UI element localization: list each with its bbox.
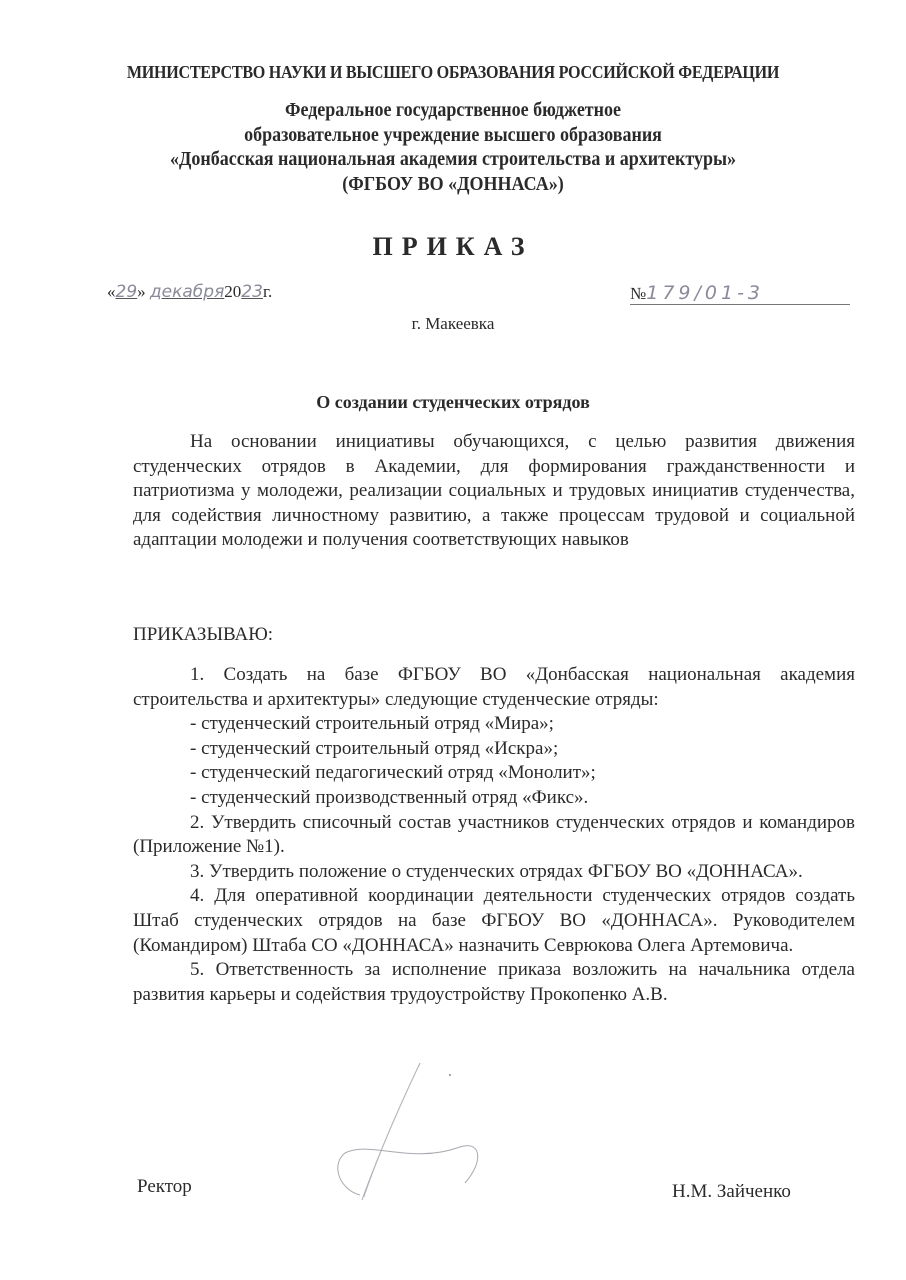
date-close-quote: » <box>137 282 146 301</box>
org-line-1: Федеральное государственное бюджетное <box>45 98 860 123</box>
order-items: 1. Создать на базе ФГБОУ ВО «Донбасская … <box>133 663 855 1007</box>
order-number: №179/01-3 <box>630 282 850 305</box>
order-date: «29» декабря2023г. <box>107 282 272 302</box>
signatory-name: Н.М. Зайченко <box>672 1181 791 1203</box>
subitem-4: - студенческий производственный отряд «Ф… <box>133 786 855 811</box>
item-2: 2. Утвердить списочный состав участников… <box>133 811 855 860</box>
item-5: 5. Ответственность за исполнение приказа… <box>133 958 855 1007</box>
date-day: 29 <box>116 282 138 302</box>
date-year-suffix: 23 <box>241 282 263 302</box>
org-line-3: «Донбасская национальная академия строит… <box>45 147 860 172</box>
preamble: На основании инициативы обучающихся, с ц… <box>133 430 855 553</box>
subitem-3: - студенческий педагогический отряд «Мон… <box>133 761 855 786</box>
organization-block: Федеральное государственное бюджетное об… <box>0 98 906 196</box>
number-value: 179/01-3 <box>646 282 764 304</box>
subitem-1: - студенческий строительный отряд «Мира»… <box>133 712 855 737</box>
date-year-end: г. <box>263 282 272 301</box>
signatory-role: Ректор <box>137 1176 192 1198</box>
date-month: декабря <box>150 282 224 302</box>
date-year-prefix: 20 <box>224 282 241 301</box>
item-1: 1. Создать на базе ФГБОУ ВО «Донбасская … <box>133 663 855 712</box>
subitem-2: - студенческий строительный отряд «Искра… <box>133 737 855 762</box>
org-line-2: образовательное учреждение высшего образ… <box>45 123 860 148</box>
ministry-heading: МИНИСТЕРСТВО НАУКИ И ВЫСШЕГО ОБРАЗОВАНИЯ… <box>36 62 870 83</box>
number-sign: № <box>630 284 646 303</box>
org-line-4: (ФГБОУ ВО «ДОННАСА») <box>45 172 860 197</box>
document-title: ПРИКАЗ <box>0 232 906 262</box>
date-open-quote: « <box>107 282 116 301</box>
item-3: 3. Утвердить положение о студенческих от… <box>133 860 855 885</box>
item-4: 4. Для оперативной координации деятельно… <box>133 884 855 958</box>
city: г. Макеевка <box>0 314 906 334</box>
order-word: ПРИКАЗЫВАЮ: <box>133 624 273 646</box>
signature-icon <box>300 1055 500 1205</box>
order-subject: О создании студенческих отрядов <box>0 392 906 413</box>
